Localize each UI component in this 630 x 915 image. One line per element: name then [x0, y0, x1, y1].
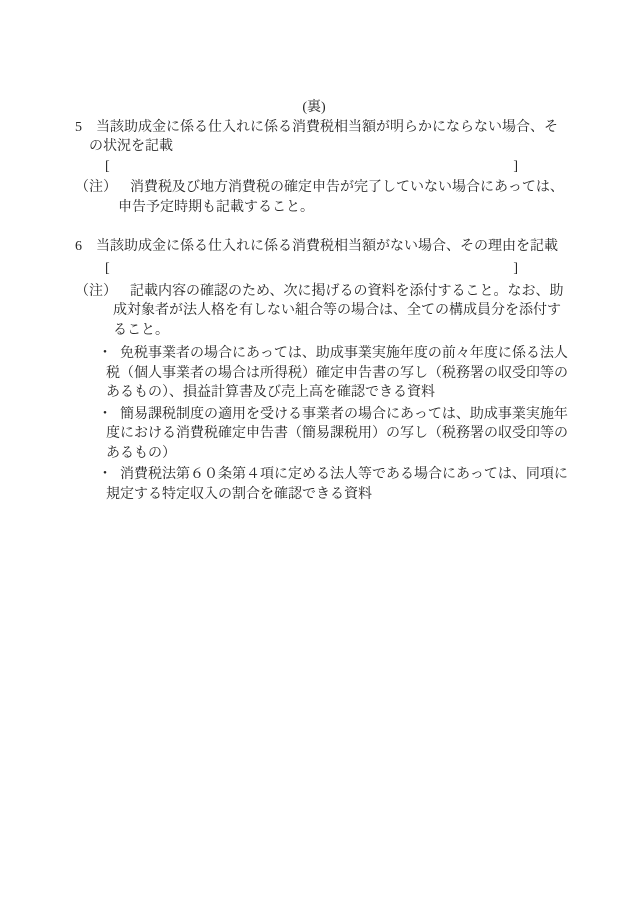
item-5-note-label: （注）: [75, 178, 130, 198]
item-6-note-line-3: ること。: [0, 321, 630, 341]
item-6-note-text: 記載内容の確認のため、次に掲げるの資料を添付すること。なお、助: [130, 284, 563, 299]
bullet-icon: ・: [98, 344, 120, 364]
item-6-heading-text: 当該助成金に係る仕入れに係る消費税相当額がない場合、その理由を記載: [96, 239, 558, 254]
item-6-number: 6: [75, 237, 96, 257]
bullet-item-1-text: 免税事業者の場合にあっては、助成事業実施年度の前々年度に係る法人: [120, 346, 568, 361]
bullet-item-2-line-3: あるもの）: [0, 444, 630, 464]
item-5-number: 5: [75, 118, 96, 138]
bullet-item-3-text: 消費税法第６０条第４項に定める法人等である場合にあっては、同項に: [120, 467, 568, 482]
close-bracket: ]: [513, 157, 518, 177]
item-6-fill-in-area: [ ]: [0, 259, 518, 279]
item-5-heading-line-2: の状況を記載: [0, 137, 630, 157]
open-bracket: [: [105, 157, 110, 177]
item-5-fill-in-area: [ ]: [0, 157, 518, 177]
blank-line: [0, 217, 630, 237]
document-page: (裏) 5当該助成金に係る仕入れに係る消費税相当額が明らかにならない場合、そ の…: [0, 0, 630, 915]
bullet-item-1-line-3: あるもの）、損益計算書及び売上高を確認できる資料: [0, 383, 630, 403]
close-bracket: ]: [513, 259, 518, 279]
bullet-item-3-line-1: ・消費税法第６０条第４項に定める法人等である場合にあっては、同項に: [0, 465, 630, 485]
bullet-icon: ・: [98, 405, 120, 425]
item-6-note-label: （注）: [75, 282, 130, 302]
bullet-item-2-text: 簡易課税制度の適用を受ける事業者の場合にあっては、助成事業実施年: [120, 407, 568, 422]
bullet-item-2-line-2: 度における消費税確定申告書（簡易課税用）の写し（税務署の収受印等の: [0, 424, 630, 444]
item-5-heading-line-1: 5当該助成金に係る仕入れに係る消費税相当額が明らかにならない場合、そ: [0, 118, 630, 138]
item-5-heading-text: 当該助成金に係る仕入れに係る消費税相当額が明らかにならない場合、そ: [96, 120, 558, 135]
page-side-label: (裏): [0, 98, 630, 118]
open-bracket: [: [105, 259, 110, 279]
bullet-item-1-line-2: 税（個人事業者の場合は所得税）確定申告書の写し（税務署の収受印等の: [0, 364, 630, 384]
bullet-item-1-line-1: ・免税事業者の場合にあっては、助成事業実施年度の前々年度に係る法人: [0, 344, 630, 364]
item-5-note-text: 消費税及び地方消費税の確定申告が完了していない場合にあっては、: [130, 180, 564, 195]
bullet-item-2-line-1: ・簡易課税制度の適用を受ける事業者の場合にあっては、助成事業実施年: [0, 405, 630, 425]
bullet-item-3-line-2: 規定する特定収入の割合を確認できる資料: [0, 485, 630, 505]
item-6-note-line-2: 成対象者が法人格を有しない組合等の場合は、全ての構成員分を添付す: [0, 301, 630, 321]
item-5-note-line-2: 申告予定時期も記載すること。: [0, 198, 630, 218]
item-5-note-line-1: （注）消費税及び地方消費税の確定申告が完了していない場合にあっては、: [0, 178, 630, 198]
bullet-icon: ・: [98, 465, 120, 485]
item-6-note-line-1: （注）記載内容の確認のため、次に掲げるの資料を添付すること。なお、助: [0, 282, 630, 302]
item-6-heading-line-1: 6当該助成金に係る仕入れに係る消費税相当額がない場合、その理由を記載: [0, 237, 630, 257]
